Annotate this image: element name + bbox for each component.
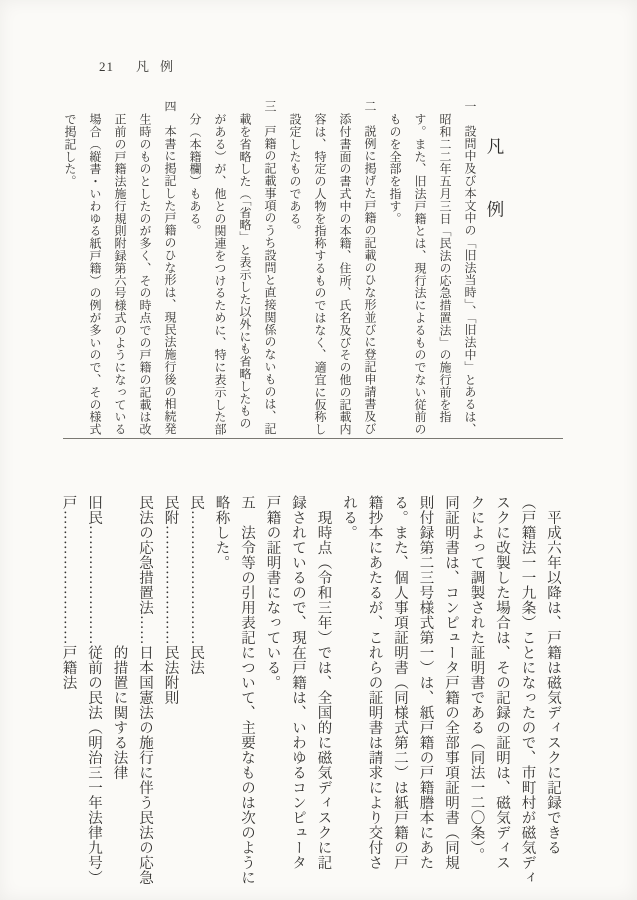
text-line: がある）が、他との関連をつけるために、特に表示した部 — [207, 100, 232, 438]
text-line: 平成六年以降は、戸籍は磁気ディスクに記録できる — [540, 495, 566, 895]
text-line: 五 法令等の引用表記について、主要なものは次のように — [234, 495, 260, 895]
text-line: 添付書面の書式中の本籍、住所、氏名及びその他の記載内 — [332, 100, 357, 438]
text-line: る。また、個人事項証明書（同様式第二）は紙戸籍の戸 — [387, 495, 413, 895]
abbreviation-entry: 的措置に関する法律 — [106, 495, 132, 895]
abbreviation-entry: 旧民……………………従前の民法（明治三一年法律九号） — [81, 495, 107, 895]
text-line: 同証明書は、コンピュータ戸籍の全部事項証明書（同規 — [438, 495, 464, 895]
text-line: ものを全部を指す。 — [382, 100, 407, 438]
text-line: 分（本籍欄）もある。 — [182, 100, 207, 438]
text-line: 籍抄本にあたるが、これらの証明書は請求により交付さ — [361, 495, 387, 895]
text-line: 録されているので、現在戸籍は、いわゆるコンピュータ — [285, 495, 311, 895]
separator-line — [63, 438, 563, 439]
text-line: 則付録第二三号様式第一）は、紙戸籍の戸籍謄本にあた — [412, 495, 438, 895]
page-number: 21 — [99, 59, 114, 74]
text-line: れる。 — [336, 495, 362, 895]
text-line: 略称した。 — [208, 495, 234, 895]
text-line: 戸籍の証明書になっている。 — [259, 495, 285, 895]
lower-block: 平成六年以降は、戸籍は磁気ディスクに記録できる （戸籍法一一九条）ことになったの… — [55, 495, 565, 895]
text-line: クによって調製された証明書である（同法一二〇条）。 — [463, 495, 489, 895]
upper-block: 凡 例 一 設問中及び本文中の「旧法当時」、「旧法中」とあるは、 昭和二二年五月… — [57, 100, 525, 438]
text-line: （戸籍法一一九条）ことになったので、市町村が磁気ディ — [514, 495, 540, 895]
text-line: 場合（縦書・いわゆる紙戸籍）の例が多いので、その様式 — [82, 100, 107, 438]
abbreviation-entry: 民………………………民法 — [183, 495, 209, 895]
text-line: 設定したものである。 — [282, 100, 307, 438]
running-head-title: 凡例 — [136, 59, 184, 74]
running-head: 21凡例 — [99, 56, 184, 75]
text-line: 現時点（令和三年）では、全国的に磁気ディスクに記 — [310, 495, 336, 895]
text-line: 昭和二二年五月三日「民法の応急措置法」の施行前を指 — [432, 100, 457, 438]
section-title: 凡 例 — [482, 100, 507, 438]
text-line: 一 設問中及び本文中の「旧法当時」、「旧法中」とあるは、 — [457, 100, 482, 438]
abbreviation-entry: 民法の応急措置法……日本国憲法の施行に伴う民法の応急 — [132, 495, 158, 895]
text-line: 四 本書に掲記した戸籍のひな形は、現民法施行後の相続発 — [157, 100, 182, 438]
text-line: す。また、旧法戸籍とは、現行法によるものでない従前の — [407, 100, 432, 438]
text-line: 正前の戸籍法施行規則附録第六号様式のようになっている — [107, 100, 132, 438]
text-line: 三 戸籍の記載事項のうち設問と直接関係のないものは、記 — [257, 100, 282, 438]
text-line: 生時のものとしたのが多く、その時点での戸籍の記載は改 — [132, 100, 157, 438]
text-line: 容は、特定の人物を指称するものではなく、適宜に仮称し — [307, 100, 332, 438]
abbreviation-entry: 戸………………………戸籍法 — [55, 495, 81, 895]
document-page: 21凡例 凡 例 一 設問中及び本文中の「旧法当時」、「旧法中」とあるは、 昭和… — [0, 0, 637, 900]
text-line: 二 説例に掲げた戸籍の記載のひな形並びに登記申請書及び — [357, 100, 382, 438]
abbreviation-entry: 民附……………………民法附則 — [157, 495, 183, 895]
text-line: で掲記した。 — [57, 100, 82, 438]
text-line: 載を省略した（「省略」と表示した以外にも省略したもの — [232, 100, 257, 438]
text-line: スクに改製した場合は、その記録の証明は、磁気ディス — [489, 495, 515, 895]
